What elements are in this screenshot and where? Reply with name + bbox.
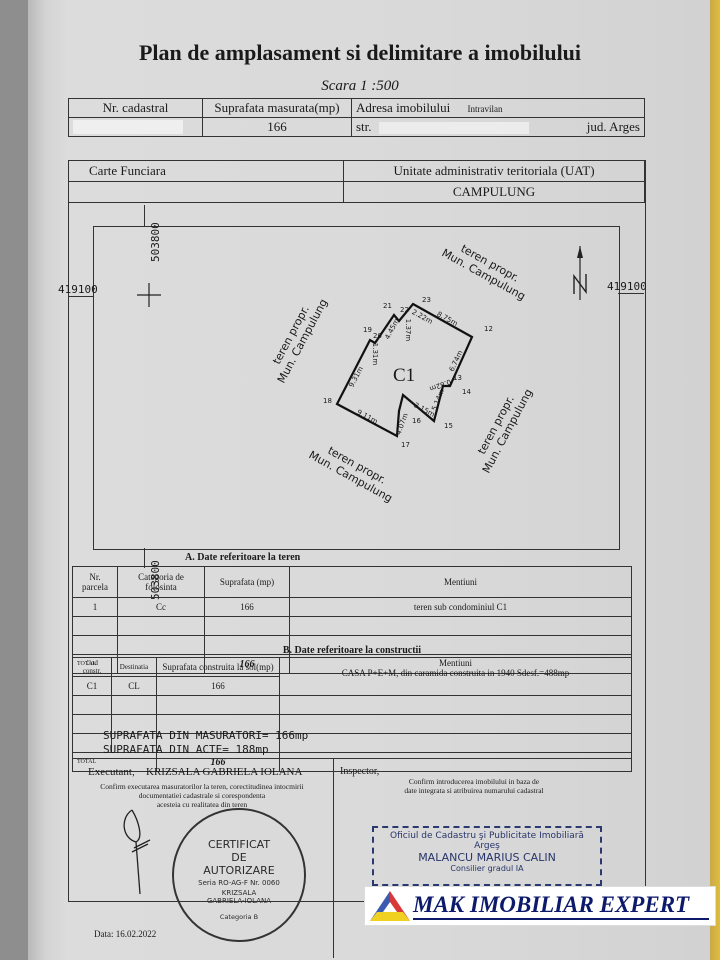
adresa-cell: Adresa imobilului Intravilan (352, 99, 645, 118)
header-categoria: Categoria de folosinta (118, 567, 205, 598)
table-row (73, 696, 632, 715)
summary-acts: SUPRAFATA DIN ACTE= 188mp (103, 743, 308, 757)
carte-funciara-label: Carte Funciara (69, 161, 344, 182)
north-arrow-icon (570, 244, 590, 302)
judet-value: jud. Arges (587, 119, 640, 135)
ocpi-stamp: Oficiul de Cadastru şi Publicitate Imobi… (372, 826, 602, 886)
brand-name: MAK IMOBILIAR EXPERT (413, 892, 689, 918)
point-12: 12 (484, 325, 493, 333)
point-22: 22 (400, 306, 409, 314)
building-label: C1 (393, 365, 415, 387)
inspector-confirm-2: date integrata si atribuirea numarului c… (334, 786, 614, 795)
executant-name: KRIZSALA GABRIELA IOLANA (146, 766, 302, 778)
ocpi-county: Argeş (374, 841, 600, 851)
header-nr-parcela: Nr. parcela (73, 567, 118, 598)
suprafata-value: 166 (203, 118, 352, 137)
document-title: Plan de amplasament si delimitare a imob… (0, 40, 720, 66)
carte-funciara-value (69, 182, 344, 203)
stamp-series: Seria RO-AG-F Nr. 0060 (174, 879, 304, 887)
cell-nr: 1 (73, 598, 118, 617)
brand-logo-icon (369, 890, 411, 922)
nr-cadastral-label: Nr. cadastral (69, 99, 203, 118)
cell-mentiuni-b: CASA P+E+M, din caramida construita in 1… (284, 668, 627, 678)
ocpi-inspector-rank: Consilier gradul IA (374, 864, 600, 873)
segment-22: 1.37m (404, 319, 412, 341)
stamp-name1: KRIZSALA (174, 889, 304, 897)
cell-cod: C1 (73, 677, 112, 696)
uat-label: Unitate administrativ teritoriala (UAT) (344, 161, 645, 182)
point-14: 14 (462, 388, 471, 396)
nr-cadastral-value (69, 118, 203, 137)
inspector-label: Inspector, (340, 766, 379, 777)
stamp-line2: DE (174, 851, 304, 864)
grid-tick-y-right (618, 293, 644, 294)
point-23: 23 (422, 296, 431, 304)
header-mentiuni-b: Mentiuni CASA P+E+M, din caramida constr… (280, 658, 632, 696)
brand-underline (413, 918, 709, 920)
inspector-confirmation: Confirm introducerea imobilului in baza … (334, 777, 614, 795)
executant-label: Executant, (88, 766, 135, 778)
point-13: 13 (453, 374, 462, 382)
uat-value: CAMPULUNG (344, 182, 645, 203)
stamp-name2: GABRIELA-IOLANA (174, 897, 304, 905)
street-redacted (379, 122, 529, 134)
header-destinatia: Destinatia (112, 658, 157, 677)
address-cell: str. jud. Arges (352, 118, 645, 137)
section-a-title: A. Date referitoare la teren (185, 552, 300, 563)
header-table: Nr. cadastral Suprafata masurata(mp) Adr… (68, 98, 645, 137)
cell-categoria: Cc (118, 598, 205, 617)
header-suprafata-constr: Suprafata construita la sol(mp) (157, 658, 280, 677)
coord-y-right: 419100 (607, 280, 647, 293)
point-17: 17 (401, 441, 410, 449)
mentiuni-label: Mentiuni (284, 658, 627, 668)
point-20: 20 (373, 332, 382, 340)
stamp-line1: CERTIFICAT (174, 838, 304, 851)
point-19: 19 (363, 326, 372, 334)
header-mentiuni: Mentiuni (290, 567, 632, 598)
grid-tick-y-left (68, 296, 93, 297)
authorization-stamp: CERTIFICAT DE AUTORIZARE Seria RO-AG-F N… (172, 808, 306, 942)
coord-x-top: 503800 (149, 222, 162, 262)
summary-measured: SUPRAFATA DIN MASURATORI= 166mp (103, 729, 308, 743)
header-suprafata: Suprafata (mp) (205, 567, 290, 598)
stamp-category: Categoria B (174, 913, 304, 921)
intravilan-label: Intravilan (468, 104, 503, 114)
executant-date: Data: 16.02.2022 (94, 929, 156, 939)
segment-19-20: 1.31m (371, 343, 379, 365)
signature-divider (72, 758, 632, 759)
page-edge (710, 0, 720, 960)
brand-watermark: MAK IMOBILIAR EXPERT (364, 886, 716, 926)
ocpi-office: Oficiul de Cadastru şi Publicitate Imobi… (374, 831, 600, 841)
ocpi-inspector-name: MALANCU MARIUS CALIN (374, 851, 600, 864)
executant-confirm-2: documentatiei cadastrale si corespondent… (72, 791, 332, 800)
executant-confirmation: Confirm executarea masuratorilor la tere… (72, 782, 332, 809)
adresa-label: Adresa imobilului (356, 100, 450, 115)
suprafata-label: Suprafata masurata(mp) (203, 99, 352, 118)
cell-mentiuni: teren sub condominiul C1 (290, 598, 632, 617)
point-18: 18 (323, 397, 332, 405)
grid-cross-icon (137, 283, 161, 307)
section-b-title: B. Date referitoare la constructii (72, 645, 632, 656)
cell-suprafata: 166 (205, 598, 290, 617)
stamp-line3: AUTORIZARE (174, 864, 304, 877)
inspector-confirm-1: Confirm introducerea imobilului in baza … (334, 777, 614, 786)
table-row (73, 617, 632, 636)
cell-destinatia: CL (112, 677, 157, 696)
grid-tick-x-top (144, 205, 145, 227)
grid-tick-x-bottom (144, 548, 145, 568)
scale-label: Scara 1 :500 (0, 78, 720, 95)
executant-confirm-3: acesteia cu realitatea din teren (72, 800, 332, 809)
street-prefix: str. (356, 119, 372, 134)
point-15: 15 (444, 422, 453, 430)
point-21: 21 (383, 302, 392, 310)
summary: SUPRAFATA DIN MASURATORI= 166mp SUPRAFAT… (103, 729, 308, 757)
cell-suprafata-b: 166 (157, 677, 280, 696)
executant-signature (118, 808, 158, 898)
table-row: 1 Cc 166 teren sub condominiul C1 (73, 598, 632, 617)
executant-confirm-1: Confirm executarea masuratorilor la tere… (72, 782, 332, 791)
cf-table: Carte Funciara Unitate administrativ ter… (68, 160, 645, 203)
coord-y-left: 419100 (58, 283, 98, 296)
point-16: 16 (412, 417, 421, 425)
header-cod-constr: Cod constr. (73, 658, 112, 677)
